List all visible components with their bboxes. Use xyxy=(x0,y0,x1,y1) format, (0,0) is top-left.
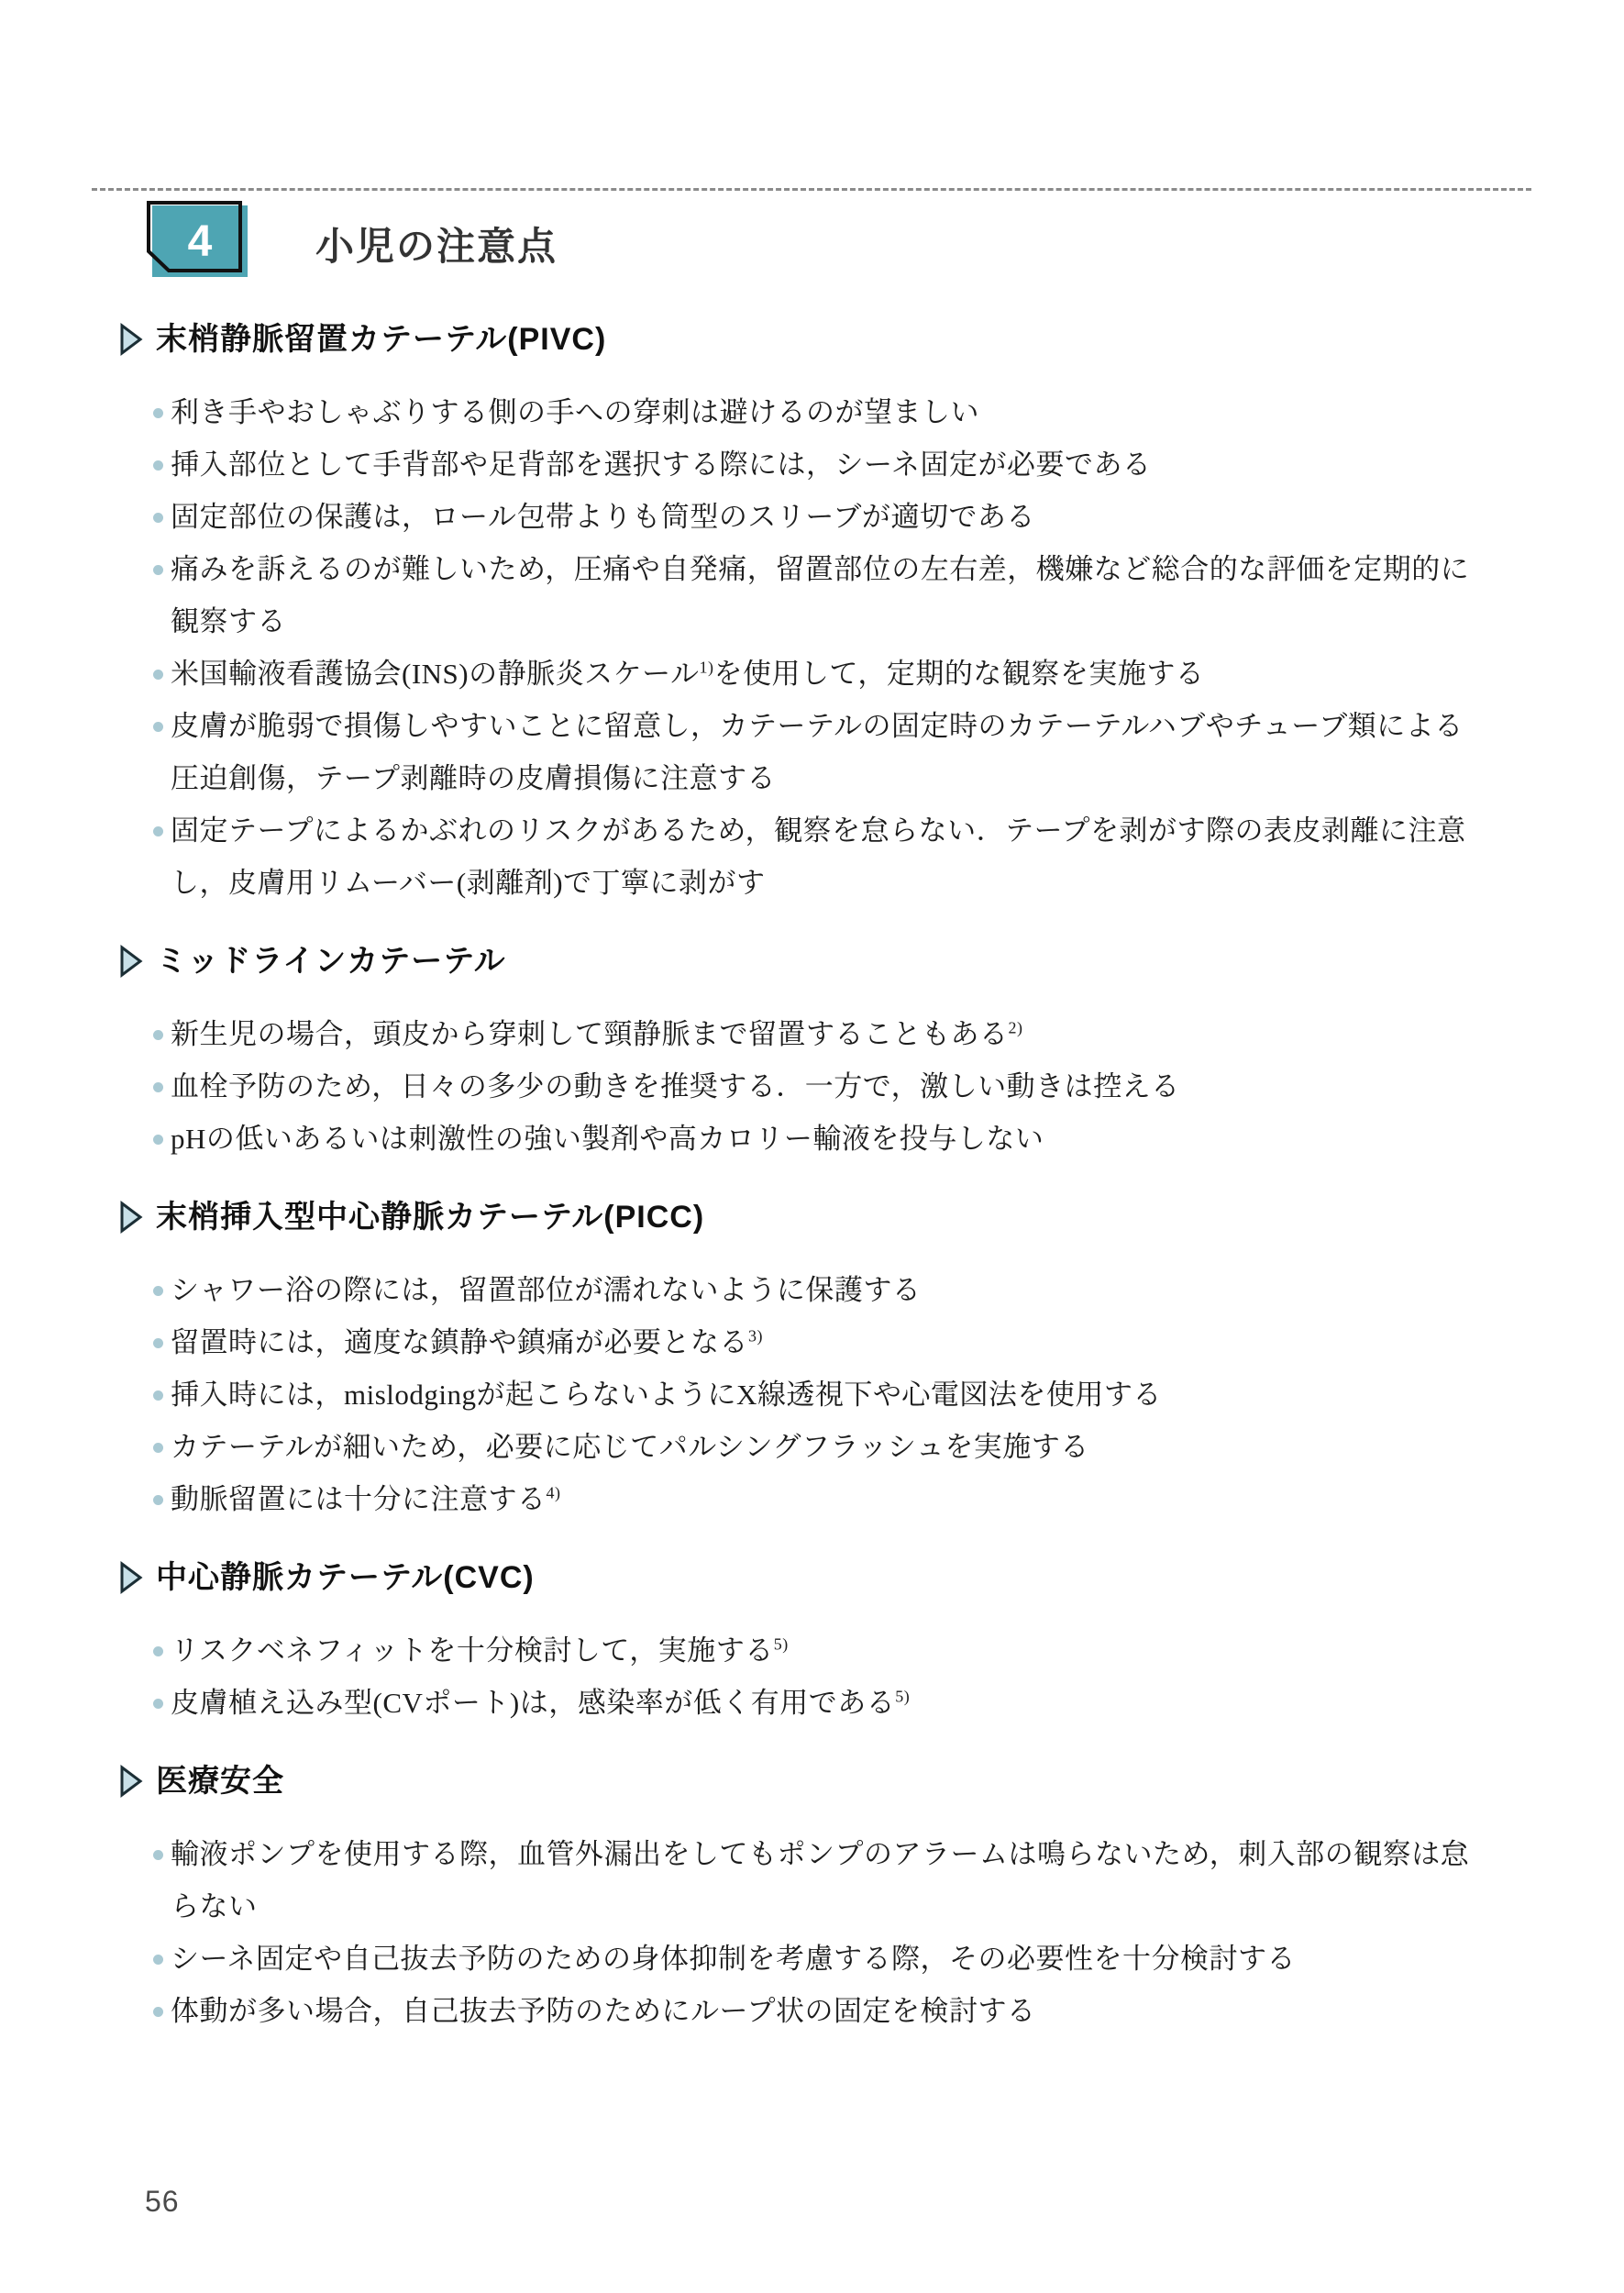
list-item: シーネ固定や自己抜去予防のための身体抑制を考慮する際，その必要性を十分検討する xyxy=(153,1933,1492,1985)
triangle-marker-icon xyxy=(119,1561,143,1594)
triangle-marker-icon xyxy=(119,945,143,978)
list-item: 新生児の場合，頭皮から穿刺して頸静脈まで留置することもある2) xyxy=(153,1008,1492,1060)
bullet-list-midline: 新生児の場合，頭皮から穿刺して頸静脈まで留置することもある2) 血栓予防のため，… xyxy=(153,1008,1492,1165)
list-item: 輸液ポンプを使用する際，血管外漏出をしてもポンプのアラームは鳴らないため，刺入部… xyxy=(153,1828,1492,1933)
list-item: 固定部位の保護は，ロール包帯よりも筒型のスリーブが適切である xyxy=(153,491,1492,543)
reference-superscript: 4) xyxy=(547,1484,561,1502)
section-heading-pivc: 末梢静脈留置カテーテル(PIVC) xyxy=(119,318,1531,360)
section-heading-safety: 医療安全 xyxy=(119,1760,1531,1802)
list-item: 挿入部位として手背部や足背部を選択する際には，シーネ固定が必要である xyxy=(153,438,1492,491)
bullet-icon xyxy=(153,722,163,732)
bullet-icon xyxy=(153,565,163,575)
section-heading-cvc: 中心静脈カテーテル(CVC) xyxy=(119,1556,1531,1599)
bullet-icon xyxy=(153,1699,163,1709)
bullet-list-picc: シャワー浴の際には，留置部位が濡れないように保護する 留置時には，適度な鎮静や鎮… xyxy=(153,1264,1492,1525)
bullet-icon xyxy=(153,1390,163,1401)
bullet-icon xyxy=(153,1646,163,1656)
triangle-marker-icon xyxy=(119,323,143,356)
list-item: 体動が多い場合，自己抜去予防のためにループ状の固定を検討する xyxy=(153,1985,1492,2037)
reference-superscript: 5) xyxy=(895,1688,910,1706)
section-heading-midline: ミッドラインカテーテル xyxy=(119,940,1531,982)
bullet-icon xyxy=(153,1443,163,1453)
chapter-number: 4 xyxy=(152,205,248,277)
page-content: 4 小児の注意点 末梢静脈留置カテーテル(PIVC) 利き手やおしゃぶりする側の… xyxy=(92,188,1531,2037)
list-item: リスクベネフィットを十分検討して，実施する5) xyxy=(153,1624,1492,1677)
chapter-title: 小児の注意点 xyxy=(315,216,558,271)
triangle-marker-icon xyxy=(119,1201,143,1234)
section-heading-text: ミッドラインカテーテル xyxy=(156,940,506,982)
list-item: 米国輸液看護協会(INS)の静脈炎スケール1)を使用して，定期的な観察を実施する xyxy=(153,648,1492,700)
list-item: 血栓予防のため，日々の多少の動きを推奨する．一方で，激しい動きは控える xyxy=(153,1060,1492,1113)
bullet-icon xyxy=(153,1495,163,1505)
section-heading-text: 医療安全 xyxy=(156,1760,284,1802)
bullet-icon xyxy=(153,1030,163,1040)
list-item: 挿入時には，mislodgingが起こらないようにX線透視下や心電図法を使用する xyxy=(153,1368,1492,1421)
bullet-icon xyxy=(153,670,163,680)
bullet-list-safety: 輸液ポンプを使用する際，血管外漏出をしてもポンプのアラームは鳴らないため，刺入部… xyxy=(153,1828,1492,2037)
section-heading-picc: 末梢挿入型中心静脈カテーテル(PICC) xyxy=(119,1196,1531,1238)
chapter-header: 4 小児の注意点 xyxy=(145,200,1531,287)
bullet-list-pivc: 利き手やおしゃぶりする側の手への穿刺は避けるのが望ましい 挿入部位として手背部や… xyxy=(153,386,1492,909)
list-item: 固定テープによるかぶれのリスクがあるため，観察を怠らない．テープを剥がす際の表皮… xyxy=(153,804,1492,909)
page-number: 56 xyxy=(145,2185,180,2219)
bullet-icon xyxy=(153,1135,163,1145)
list-item: pHの低いあるいは刺激性の強い製剤や高カロリー輸液を投与しない xyxy=(153,1113,1492,1165)
list-item: シャワー浴の際には，留置部位が濡れないように保護する xyxy=(153,1264,1492,1316)
bullet-icon xyxy=(153,460,163,471)
section-heading-text: 中心静脈カテーテル(CVC) xyxy=(156,1556,535,1599)
reference-superscript: 5) xyxy=(774,1635,789,1654)
bullet-icon xyxy=(153,2007,163,2017)
bullet-icon xyxy=(153,408,163,418)
list-item: 痛みを訴えるのが難しいため，圧痛や自発痛，留置部位の左右差，機嫌など総合的な評価… xyxy=(153,543,1492,648)
dotted-divider xyxy=(92,188,1531,191)
bullet-icon xyxy=(153,1338,163,1348)
list-item: 皮膚植え込み型(CVポート)は，感染率が低く有用である5) xyxy=(153,1677,1492,1729)
bullet-icon xyxy=(153,1850,163,1860)
triangle-marker-icon xyxy=(119,1765,143,1798)
reference-superscript: 1) xyxy=(699,659,713,677)
section-heading-text: 末梢静脈留置カテーテル(PIVC) xyxy=(156,318,606,360)
list-item: 留置時には，適度な鎮静や鎮痛が必要となる3) xyxy=(153,1316,1492,1368)
bullet-icon xyxy=(153,1082,163,1092)
reference-superscript: 2) xyxy=(1009,1019,1023,1037)
reference-superscript: 3) xyxy=(748,1327,763,1346)
bullet-icon xyxy=(153,1955,163,1965)
bullet-icon xyxy=(153,513,163,523)
list-item: 皮膚が脆弱で損傷しやすいことに留意し，カテーテルの固定時のカテーテルハブやチュー… xyxy=(153,700,1492,804)
section-heading-text: 末梢挿入型中心静脈カテーテル(PICC) xyxy=(156,1196,704,1238)
list-item: 動脈留置には十分に注意する4) xyxy=(153,1473,1492,1525)
bullet-icon xyxy=(153,826,163,836)
list-item: カテーテルが細いため，必要に応じてパルシングフラッシュを実施する xyxy=(153,1421,1492,1473)
list-item: 利き手やおしゃぶりする側の手への穿刺は避けるのが望ましい xyxy=(153,386,1492,438)
chapter-number-badge: 4 xyxy=(145,200,257,287)
bullet-icon xyxy=(153,1286,163,1296)
bullet-list-cvc: リスクベネフィットを十分検討して，実施する5) 皮膚植え込み型(CVポート)は，… xyxy=(153,1624,1492,1729)
